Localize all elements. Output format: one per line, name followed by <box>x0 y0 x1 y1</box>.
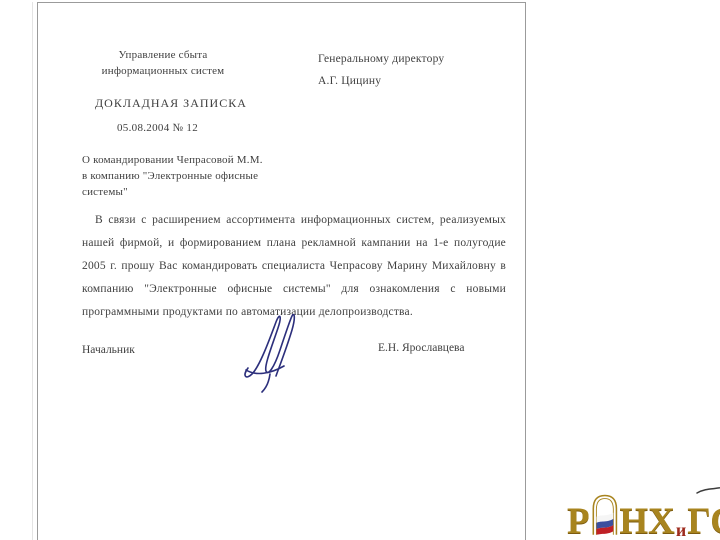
logo-letters-gs: ГС <box>687 503 720 540</box>
logo-letter-r: Р <box>567 503 590 540</box>
body-line: компанию "Электронные офисные системы" д… <box>82 278 506 301</box>
subject-block: О командировании Чепрасовой М.М. в компа… <box>82 152 302 200</box>
signer-name: Е.Н. Ярославцева <box>378 342 464 354</box>
subject-line: в компанию "Электронные офисные <box>82 168 302 184</box>
body-line: В связи с расширением ассортимента инфор… <box>82 209 506 232</box>
addressee-block: Генеральному директору А.Г. Цицину <box>318 48 488 92</box>
ranepa-logo: Р НХ и ГС <box>567 484 720 540</box>
handwritten-signature-icon <box>236 308 311 393</box>
document-date-number: 05.08.2004 № 12 <box>117 122 198 134</box>
subject-line: О командировании Чепрасовой М.М. <box>82 152 302 168</box>
logo-letters-nh: НХ <box>619 503 675 540</box>
document-type-title: ДОКЛАДНАЯ ЗАПИСКА <box>95 96 247 111</box>
memo-document-sheet: Управление сбыта информационных систем Г… <box>37 2 526 540</box>
logo-letter-and: и <box>676 520 686 540</box>
logo-arch-flag-icon <box>591 487 619 540</box>
department-line: информационных систем <box>83 63 243 79</box>
addressee-line: А.Г. Цицину <box>318 70 488 92</box>
scan-edge-artifact <box>32 2 33 540</box>
addressee-line: Генеральному директору <box>318 48 488 70</box>
presentation-slide: Управление сбыта информационных систем Г… <box>0 0 720 540</box>
body-paragraph: В связи с расширением ассортимента инфор… <box>82 209 506 324</box>
signer-title: Начальник <box>82 344 135 356</box>
subject-line: системы" <box>82 184 302 200</box>
department-block: Управление сбыта информационных систем <box>83 47 243 79</box>
body-line: 2005 г. прошу Вас командировать специали… <box>82 255 506 278</box>
logo-swoosh-icon <box>695 484 720 496</box>
department-line: Управление сбыта <box>83 47 243 63</box>
body-line: нашей фирмой, и формированием плана рекл… <box>82 232 506 255</box>
